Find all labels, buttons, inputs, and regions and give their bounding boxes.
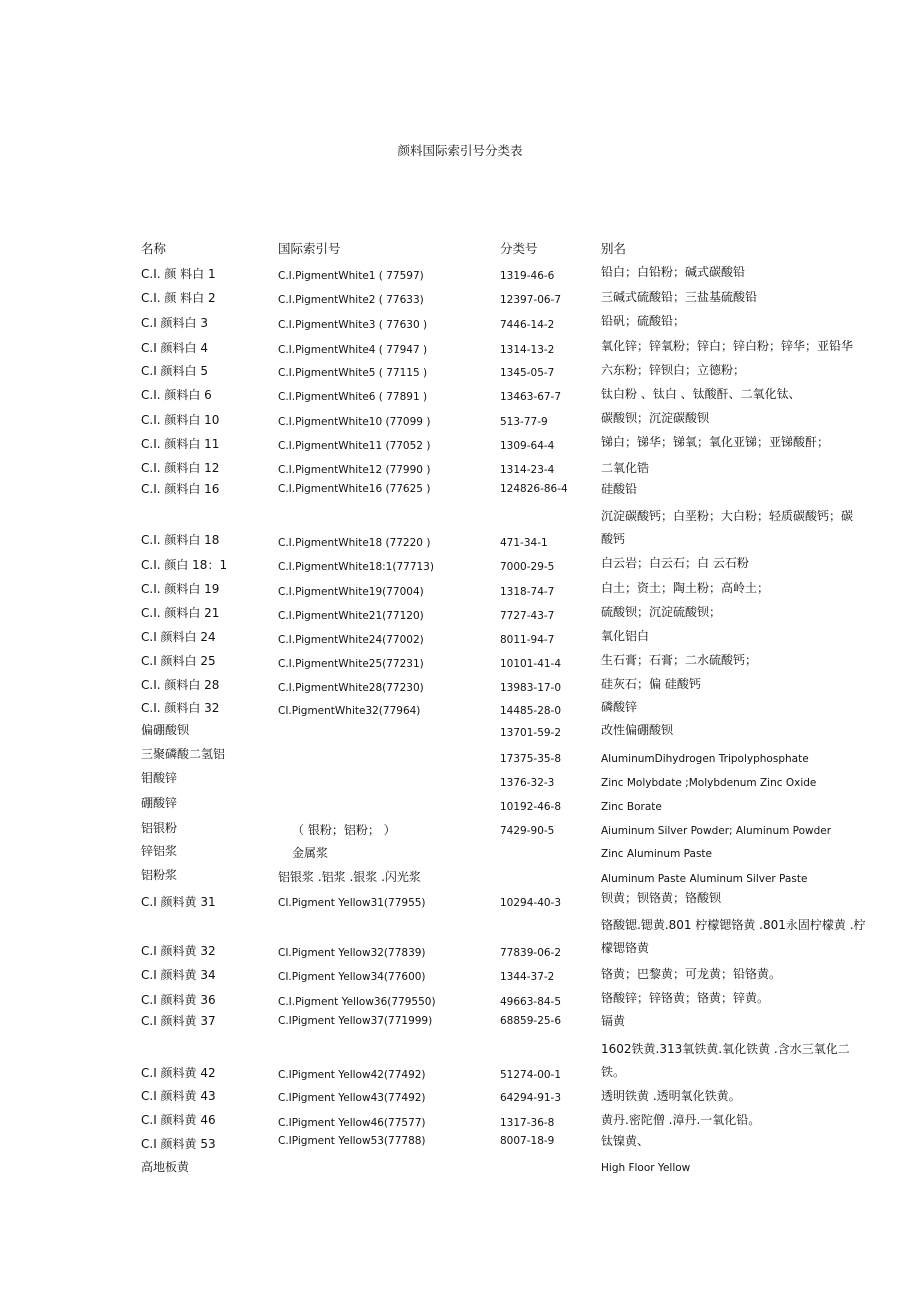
color-index-number: CI.Pigment Yellow34(77600): [278, 969, 426, 985]
cas-number: 471-34-1: [500, 535, 548, 551]
alias-text: 氧化锌；锌氧粉；锌白；锌白粉；锌华；亚铅华: [601, 338, 853, 354]
cas-number: 51274-00-1: [500, 1067, 561, 1083]
alias-text: 黄丹.密陀僧 .漳丹.一氧化铅。: [601, 1112, 760, 1128]
alias-text: 氧化铝白: [601, 628, 649, 644]
cas-number: 513-77-9: [500, 414, 548, 430]
pigment-name: 偏硼酸钡: [141, 722, 189, 738]
pigment-name: C.I 颜料黄 34: [141, 967, 216, 983]
color-index-number: C.I.PigmentWhite25(77231): [278, 656, 424, 672]
cas-number: 8007-18-9: [500, 1133, 554, 1149]
pigment-name: C.I. 颜 料白 1: [141, 266, 216, 282]
pigment-name: C.I 颜料黄 43: [141, 1088, 216, 1104]
color-index-number: 铝银浆 .铝浆 .银浆 .闪光浆: [278, 869, 421, 885]
cas-number: 1314-23-4: [500, 462, 554, 478]
cas-number: 13983-17-0: [500, 680, 561, 696]
cas-number: 7429-90-5: [500, 823, 554, 839]
pigment-name: 锌铝浆: [141, 843, 177, 859]
pigment-name: C.I. 颜料白 18: [141, 532, 219, 548]
color-index-number: C.I.PigmentWhite16 (77625 ): [278, 481, 430, 497]
cas-number: 8011-94-7: [500, 632, 554, 648]
pigment-name: C.I. 颜 料白 2: [141, 290, 216, 306]
cas-number: 12397-06-7: [500, 292, 561, 308]
pigment-name: C.I 颜料黄 53: [141, 1136, 216, 1152]
cas-number: 1319-46-6: [500, 268, 554, 284]
alias-text: 硫酸钡；沉淀硫酸钡；: [601, 604, 721, 620]
pigment-name: C.I 颜料黄 37: [141, 1013, 216, 1029]
color-index-number: C.I.PigmentWhite18 (77220 ): [278, 535, 430, 551]
pigment-name: C.I 颜料黄 32: [141, 943, 216, 959]
pigment-name: C.I. 颜料白 32: [141, 700, 219, 716]
cas-number: 10294-40-3: [500, 895, 561, 911]
alias-text: AIuminumDihydrogen Tripolyphosphate: [601, 751, 809, 767]
cas-number: 7000-29-5: [500, 559, 554, 575]
alias-text: 碳酸钡；沉淀碳酸钡: [601, 410, 709, 426]
pigment-name: 铝银粉: [141, 820, 177, 836]
header-name: 名称: [141, 241, 166, 257]
alias-text: 三碱式硫酸铅；三盐基硫酸铅: [601, 289, 757, 305]
alias-text: 钡黄；钡铬黄；铬酸钡: [601, 890, 721, 906]
color-index-number: C.I.PigmentWhite21(77120): [278, 608, 424, 624]
alias-text: 钛白粉 、钛白 、钛酸酐、二氧化钛、: [601, 386, 801, 402]
pigment-name: C.I. 颜料白 16: [141, 481, 219, 497]
alias-text: 白云岩；白云石；白 云石粉: [601, 555, 749, 571]
alias-text: Zinc Aluminum Paste: [601, 846, 712, 862]
alias-text: 硅酸铅: [601, 481, 637, 497]
cas-number: 124826-86-4: [500, 481, 568, 497]
color-index-number: CI.PigmentWhite32(77964): [278, 703, 420, 719]
cas-number: 10101-41-4: [500, 656, 561, 672]
pigment-name: C.I 颜料白 25: [141, 653, 216, 669]
header-index: 国际索引号: [278, 241, 341, 257]
pigment-name: C.I. 颜料白 21: [141, 605, 219, 621]
alias-text: 磷酸锌: [601, 699, 637, 715]
cas-number: 1318-74-7: [500, 584, 554, 600]
color-index-number: C.I.PigmentWhite19(77004): [278, 584, 424, 600]
alias-text: 沉淀碳酸钙；白垩粉；大白粉；轻质碳酸钙；碳: [601, 508, 853, 524]
alias-text: 铬酸锌；锌铬黄；铬黄；锌黄。: [601, 990, 769, 1006]
header-cas: 分类号: [500, 241, 538, 257]
color-index-number: C.IPigment Yellow43(77492): [278, 1090, 426, 1106]
cas-number: 14485-28-0: [500, 703, 561, 719]
color-index-number: C.I.PigmentWhite24(77002): [278, 632, 424, 648]
alias-text: 改性偏硼酸钡: [601, 722, 673, 738]
color-index-number: C.IPigment Yellow37(771999): [278, 1013, 432, 1029]
cas-number: 68859-25-6: [500, 1013, 561, 1029]
cas-number: 1376-32-3: [500, 775, 554, 791]
pigment-name: C.I. 颜料白 11: [141, 436, 219, 452]
cas-number: 1345-05-7: [500, 365, 554, 381]
color-index-number: CI.Pigment Yellow32(77839): [278, 945, 426, 961]
alias-text: 二氧化锆: [601, 460, 649, 476]
pigment-name: C.I 颜料黄 42: [141, 1065, 216, 1081]
cas-number: 1344-37-2: [500, 969, 554, 985]
alias-text: 檬锶铬黄: [601, 940, 649, 956]
pigment-name: 硼酸锌: [141, 795, 177, 811]
alias-text: 生石膏；石膏；二水硫酸钙；: [601, 652, 757, 668]
cas-number: 1317-36-8: [500, 1115, 554, 1131]
color-index-number: C.I.PigmentWhite10 (77099 ): [278, 414, 430, 430]
cas-number: 7446-14-2: [500, 317, 554, 333]
color-index-number: C.I.PigmentWhite12 (77990 ): [278, 462, 430, 478]
alias-text: 铅矾；硫酸铅；: [601, 313, 685, 329]
color-index-number: C.I.PigmentWhite3 ( 77630 ): [278, 317, 427, 333]
alias-text: 透明铁黄 .透明氧化铁黄。: [601, 1088, 741, 1104]
cas-number: 10192-46-8: [500, 799, 561, 815]
color-index-number: C.IPigment Yellow42(77492): [278, 1067, 426, 1083]
alias-text: 铁。: [601, 1064, 625, 1080]
alias-text: 锑白；锑华；锑氧；氧化亚锑；亚锑酸酐；: [601, 434, 829, 450]
alias-text: Aluminum Paste Aluminum Silver Paste: [601, 871, 807, 887]
pigment-name: 钼酸锌: [141, 770, 177, 786]
cas-number: 17375-35-8: [500, 751, 561, 767]
color-index-number: C.I.PigmentWhite28(77230): [278, 680, 424, 696]
pigment-name: C.I 颜料白 24: [141, 629, 216, 645]
alias-text: 镉黄: [601, 1013, 625, 1029]
color-index-number: C.I.PigmentWhite18:1(77713): [278, 559, 434, 575]
pigment-name: C.I. 颜料白 10: [141, 412, 219, 428]
alias-text: 酸钙: [601, 531, 625, 547]
pigment-name: C.I. 颜料白 28: [141, 677, 219, 693]
cas-number: 13463-67-7: [500, 389, 561, 405]
alias-text: 硅灰石；偏 硅酸钙: [601, 676, 701, 692]
pigment-name: 三聚磷酸二氢铝: [141, 746, 225, 762]
color-index-number: C.I.PigmentWhite5 ( 77115 ): [278, 365, 427, 381]
header-alias: 别名: [601, 241, 626, 257]
pigment-name: C.I 颜料白 3: [141, 315, 208, 331]
cas-number: 77839-06-2: [500, 945, 561, 961]
pigment-name: C.I 颜料白 4: [141, 340, 208, 356]
alias-text: 白土；资土；陶土粉；高岭土；: [601, 580, 769, 596]
color-index-number: C.I.PigmentWhite2 ( 77633): [278, 292, 424, 308]
color-index-number: C.IPigment Yellow46(77577): [278, 1115, 426, 1131]
cas-number: 49663-84-5: [500, 994, 561, 1010]
alias-text: 铬黄；巴黎黄；可龙黄；铅铬黄。: [601, 966, 781, 982]
cas-number: 7727-43-7: [500, 608, 554, 624]
pigment-name: C.I. 颜料白 19: [141, 581, 219, 597]
cas-number: 1314-13-2: [500, 342, 554, 358]
alias-text: 钛镍黄、: [601, 1133, 649, 1149]
alias-text: Zinc Molybdate ;Molybdenum Zinc Oxide: [601, 775, 816, 791]
pigment-name: C.I 颜料黄 31: [141, 894, 216, 910]
alias-text: Aiuminum Silver Powder; Aluminum Powder: [601, 823, 831, 839]
cas-number: 64294-91-3: [500, 1090, 561, 1106]
color-index-number: （ 银粉；铝粉； ）: [292, 822, 396, 838]
color-index-number: C.I.PigmentWhite1 ( 77597): [278, 268, 424, 284]
cas-number: 13701-59-2: [500, 725, 561, 741]
pigment-name: C.I 颜料黄 36: [141, 992, 216, 1008]
color-index-number: C.I.PigmentWhite11 (77052 ): [278, 438, 430, 454]
alias-text: High Floor Yellow: [601, 1160, 690, 1176]
alias-text: 六东粉；锌钡白；立德粉；: [601, 362, 745, 378]
alias-text: 铅白；白铅粉；碱式碳酸铅: [601, 264, 745, 280]
alias-text: 1602铁黄.313氧铁黄.氧化铁黄 .含水三氧化二: [601, 1041, 850, 1057]
alias-text: Zinc Borate: [601, 799, 662, 815]
pigment-name: C.I 颜料黄 46: [141, 1112, 216, 1128]
document-title: 颜料国际索引号分类表: [0, 141, 920, 159]
alias-text: 铬酸锶.锶黄.801 柠檬锶铬黄 .801永固柠檬黄 .柠: [601, 917, 866, 933]
pigment-name: 铝粉浆: [141, 867, 177, 883]
cas-number: 1309-64-4: [500, 438, 554, 454]
color-index-number: C.I.PigmentWhite4 ( 77947 ): [278, 342, 427, 358]
pigment-name: C.I 颜料白 5: [141, 363, 208, 379]
color-index-number: CI.Pigment Yellow31(77955): [278, 895, 426, 911]
color-index-number: C.IPigment Yellow53(77788): [278, 1133, 426, 1149]
pigment-name: 高地板黄: [141, 1159, 189, 1175]
pigment-name: C.I. 颜料白 12: [141, 460, 219, 476]
color-index-number: C.I.Pigment Yellow36(779550): [278, 994, 436, 1010]
color-index-number: 金属浆: [292, 845, 328, 861]
color-index-number: C.I.PigmentWhite6 ( 77891 ): [278, 389, 427, 405]
pigment-name: C.I. 颜白 18：1: [141, 557, 227, 573]
pigment-name: C.I. 颜料白 6: [141, 387, 212, 403]
